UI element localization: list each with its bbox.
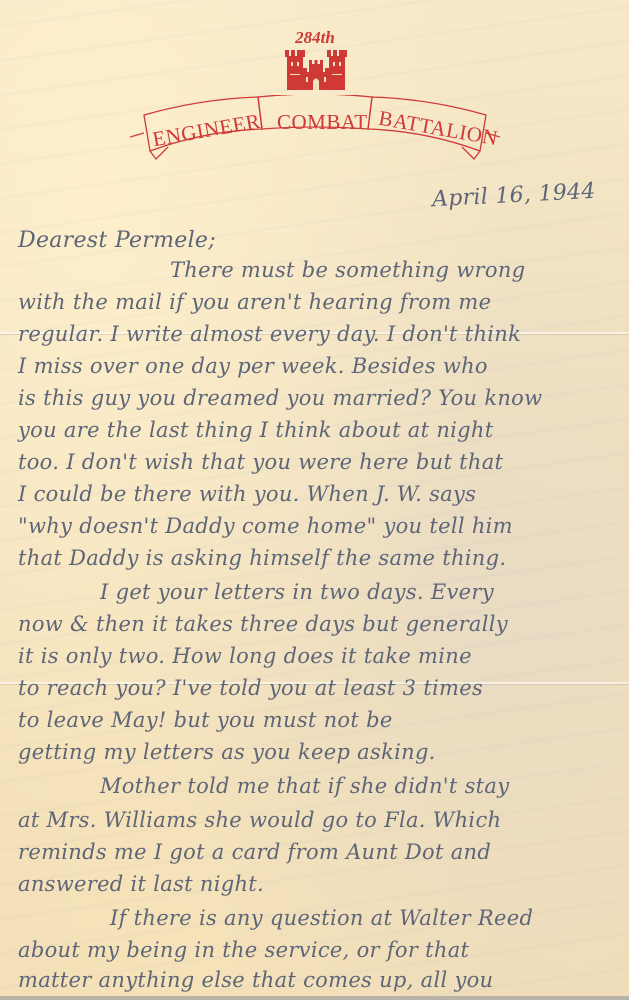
letter-salutation: Dearest Permele; <box>18 228 216 253</box>
letter-line: regular. I write almost every day. I don… <box>18 322 521 346</box>
letter-line: at Mrs. Williams she would go to Fla. Wh… <box>18 808 501 832</box>
letter-date: April 16, 1944 <box>431 179 596 213</box>
letter-line: now & then it takes three days but gener… <box>18 612 508 636</box>
letter-line: "why doesn't Daddy come home" you tell h… <box>18 514 513 538</box>
letter-line: I miss over one day per week. Besides wh… <box>18 354 488 378</box>
letter-page: 284th <box>0 0 629 1000</box>
letter-line: about my being in the service, or for th… <box>18 938 469 962</box>
letter-line: matter anything else that comes up, all … <box>18 968 493 992</box>
letter-line: Mother told me that if she didn't stay <box>100 774 509 798</box>
letter-line: to reach you? I've told you at least 3 t… <box>18 676 483 700</box>
letter-line: with the mail if you aren't hearing from… <box>18 290 491 314</box>
letter-line: There must be something wrong <box>170 258 525 282</box>
banner-word-combat: COMBAT <box>277 110 368 135</box>
letter-line: too. I don't wish that you were here but… <box>18 450 503 474</box>
letter-line: getting my letters as you keep asking. <box>18 740 436 764</box>
letter-line: If there is any question at Walter Reed <box>110 906 533 930</box>
castle-icon <box>285 50 347 90</box>
letter-line: it is only two. How long does it take mi… <box>18 644 472 668</box>
unit-number: 284th <box>130 28 500 48</box>
letter-line: I get your letters in two days. Every <box>100 580 494 604</box>
page-bottom-edge <box>0 996 629 1000</box>
letter-line: to leave May! but you must not be <box>18 708 393 732</box>
letter-line: answered it last night. <box>18 872 264 896</box>
letterhead: 284th <box>130 20 500 160</box>
letter-line: that Daddy is asking himself the same th… <box>18 546 506 570</box>
letter-line: you are the last thing I think about at … <box>18 418 494 442</box>
letter-line: is this guy you dreamed you married? You… <box>18 386 542 410</box>
letter-line: I could be there with you. When J. W. sa… <box>18 482 476 506</box>
letter-line: reminds me I got a card from Aunt Dot an… <box>18 840 491 864</box>
